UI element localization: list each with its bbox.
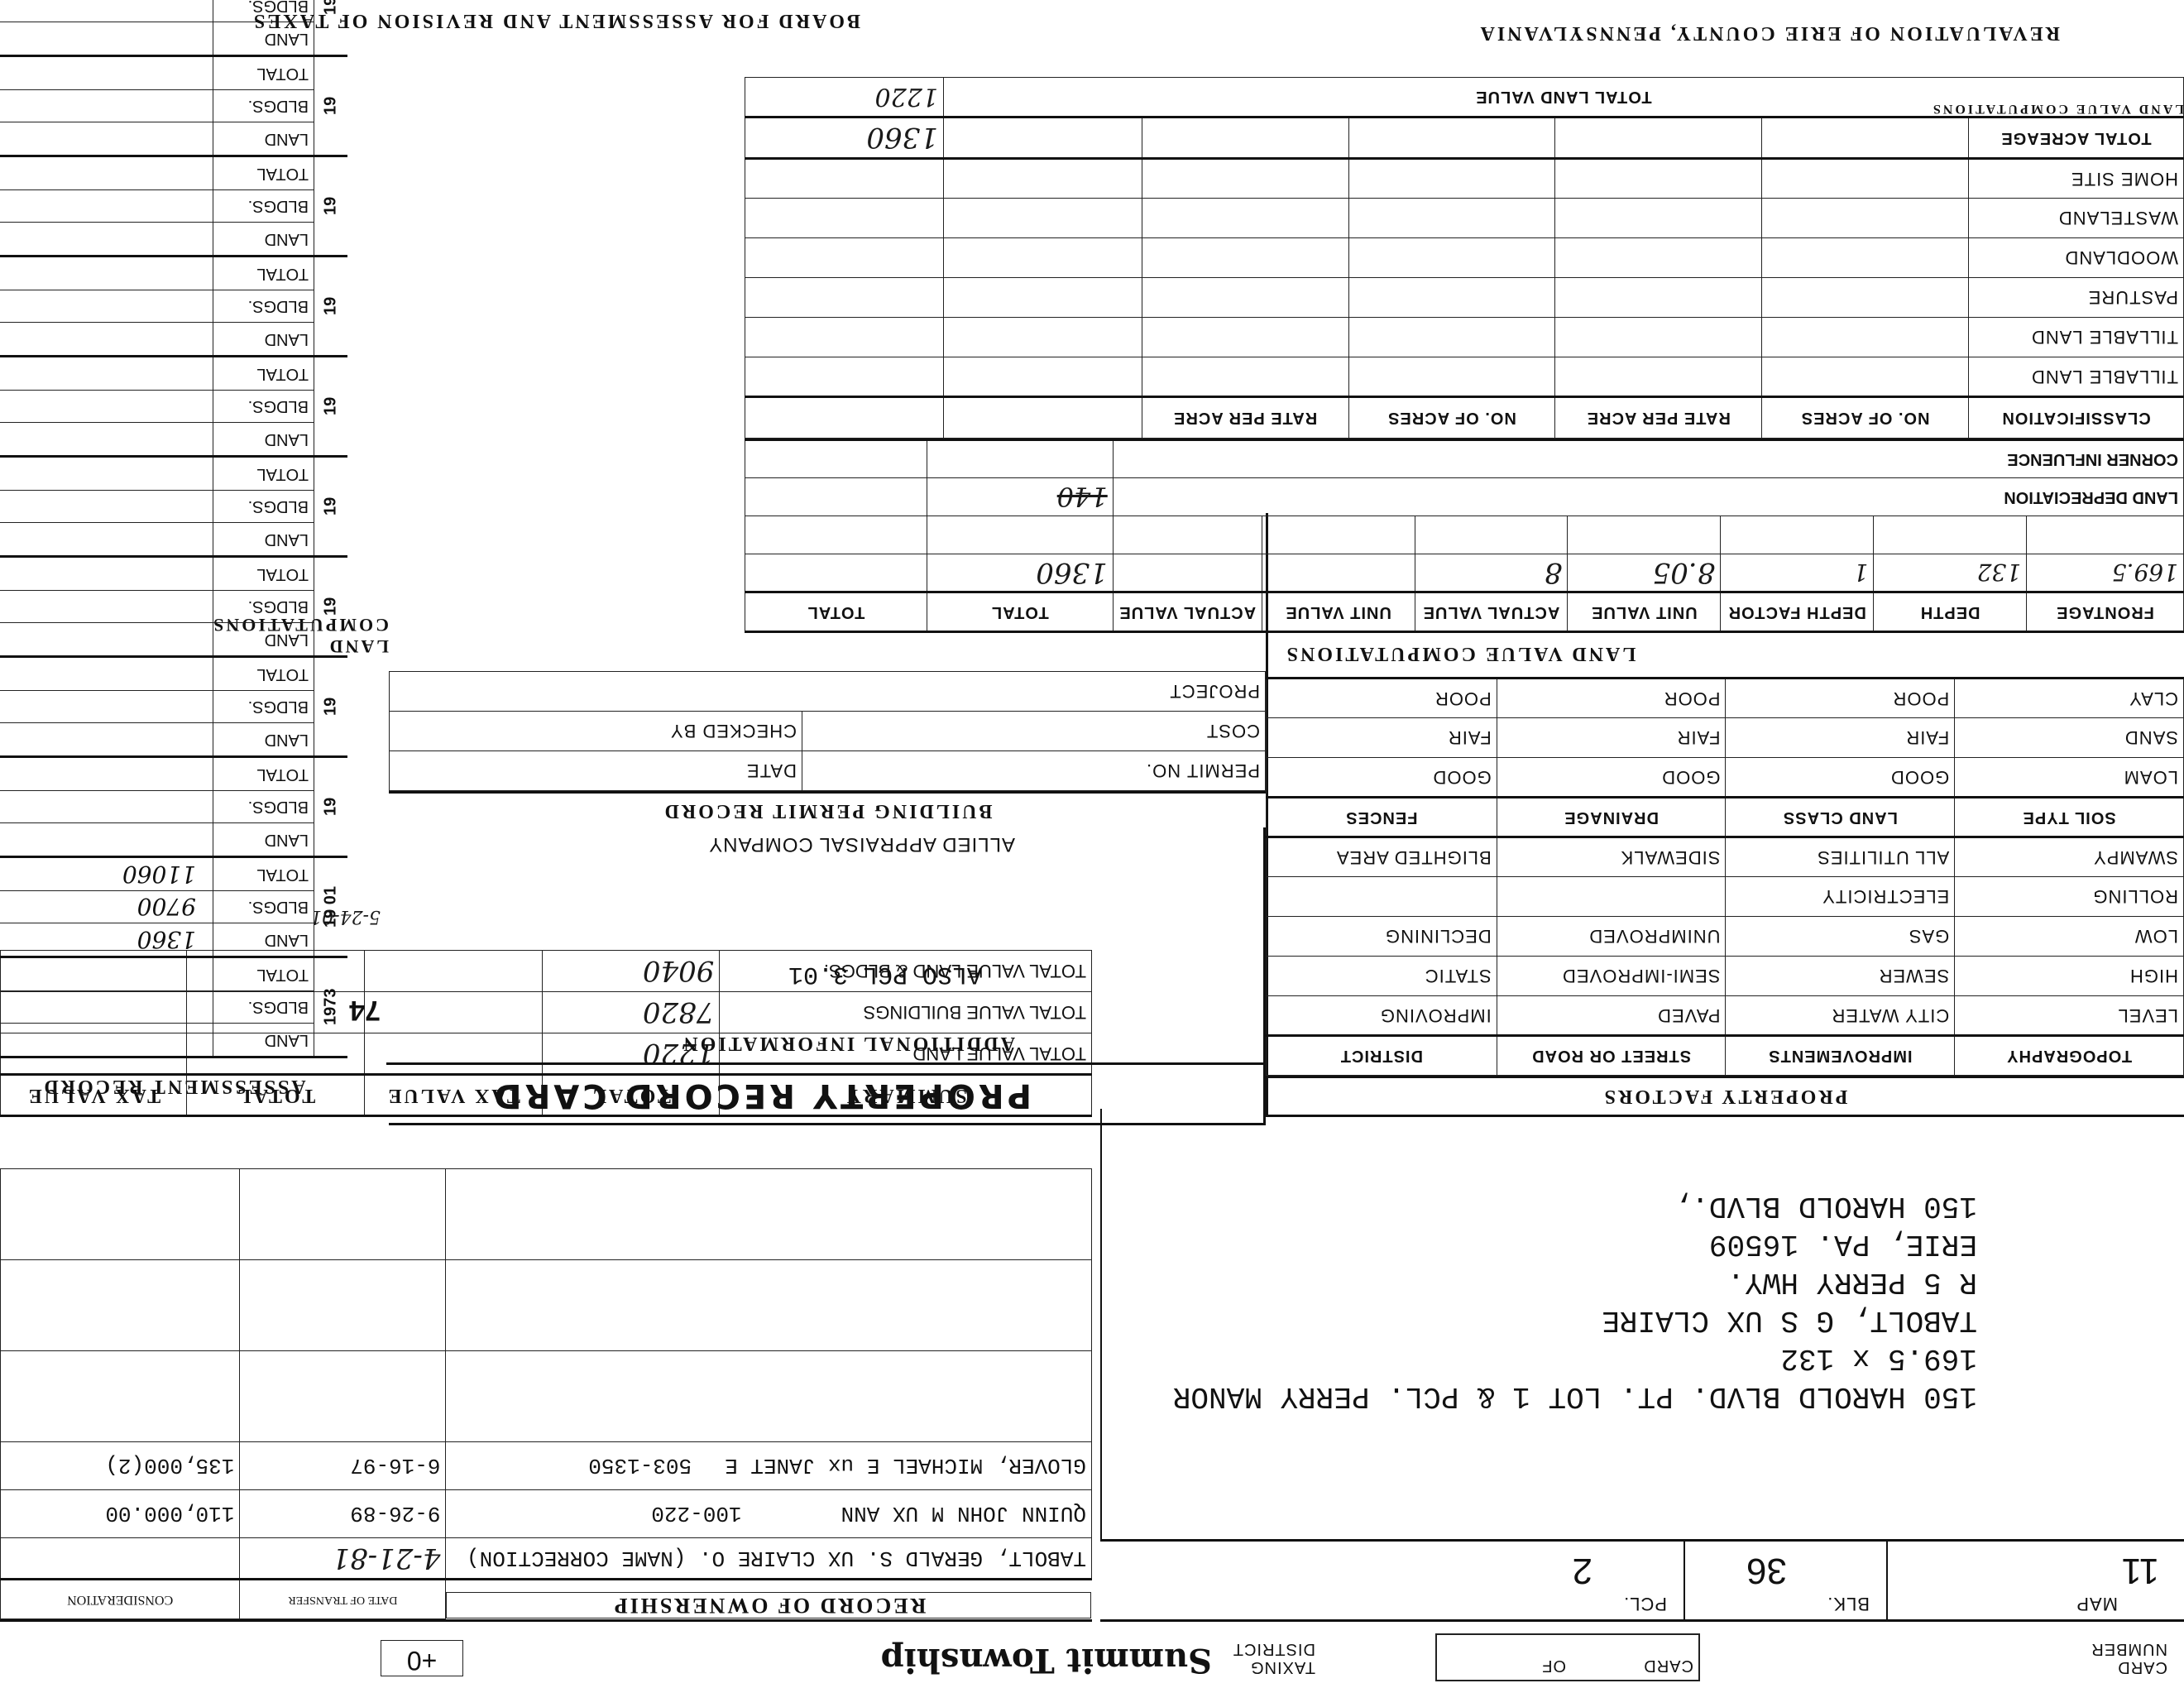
assessment-value[interactable] — [0, 423, 213, 455]
col-blank-2 — [745, 397, 944, 439]
assessment-value[interactable] — [0, 157, 213, 189]
blk-cell[interactable]: BLK. 36 — [1683, 1542, 1886, 1619]
depth-value[interactable] — [1874, 516, 2027, 554]
cell[interactable] — [745, 357, 944, 397]
assessment-year: 19 — [314, 57, 347, 155]
factor-option[interactable]: POOR — [1497, 679, 1726, 718]
total-value[interactable]: 1360 — [927, 554, 1113, 592]
assessment-row-land: LAND — [0, 1023, 314, 1056]
assessment-block: 19LANDBLDGS.TOTAL — [0, 655, 347, 755]
id-strip: CARD NUMBER CARD OF TAXING DISTRICT Summ… — [0, 1622, 2184, 1688]
card-of-box[interactable]: CARD OF — [1435, 1633, 1700, 1681]
cell[interactable] — [1762, 278, 1969, 318]
cell[interactable] — [1142, 199, 1348, 238]
of-label: OF — [1541, 1656, 1566, 1675]
frontage-value[interactable] — [2027, 516, 2184, 554]
appraisal-company: ALLIED APPRAISAL COMPANY — [708, 832, 1015, 856]
corner-influence-label: CORNER INFLUENCE — [1113, 440, 2183, 478]
cell[interactable] — [943, 278, 1142, 318]
property-record-card-title: PROPERTY RECORD CARD — [491, 1077, 1032, 1115]
assessment-value[interactable] — [0, 22, 213, 55]
factor-option[interactable]: GAS — [1726, 917, 1955, 957]
assessment-row-land: LAND — [0, 722, 314, 755]
assessment-value[interactable] — [0, 323, 213, 355]
actual-value[interactable] — [1415, 516, 1568, 554]
cell[interactable] — [745, 199, 944, 238]
additional-info-text: ALSO PCL 3.01 — [788, 960, 982, 988]
col-unit-value-2: UNIT VALUE — [1262, 592, 1415, 632]
assessment-value[interactable] — [0, 223, 213, 255]
col-total: TOTAL — [927, 592, 1113, 632]
land-depreciation-row: LAND DEPRECIATION 140 — [745, 478, 2184, 516]
factor-option[interactable]: FAIR — [1267, 718, 1497, 758]
col-no-acres-2: NO. OF ACRES — [1348, 397, 1555, 439]
col-rate-per-acre: RATE PER ACRE — [1555, 397, 1762, 439]
cell[interactable] — [1555, 238, 1762, 278]
assessment-value[interactable] — [0, 90, 213, 122]
property-factors-title: PROPERTY FACTORS — [1266, 1076, 2184, 1117]
land-value-row: 169.5 132 1 8.05 8 1360 — [745, 554, 2184, 592]
assessment-row-label: TOTAL — [213, 958, 314, 990]
land-depreciation-value[interactable]: 140 — [927, 478, 1113, 516]
assessment-year: 1973 — [314, 958, 347, 1056]
assessment-row-label: TOTAL — [213, 858, 314, 890]
assessment-value[interactable] — [0, 0, 213, 22]
assessment-rows: LANDBLDGS.TOTAL — [0, 758, 314, 856]
cell[interactable] — [1348, 318, 1555, 357]
consideration — [1, 1169, 240, 1260]
classification-label: HOME SITE — [1969, 159, 2184, 199]
assessment-value[interactable] — [0, 257, 213, 290]
classification-label: TILLABLE LAND — [1969, 318, 2184, 357]
depth-factor-value[interactable] — [1721, 516, 1874, 554]
assessment-blocks: 1973LANDBLDGS.TOTAL19 01LAND1360BLDGS.97… — [0, 0, 347, 1056]
taxing-district-value: Summit Township — [881, 1641, 1212, 1680]
factor-option[interactable]: UNIMPROVED — [1497, 917, 1726, 957]
assessment-row-bldgs: BLDGS. — [0, 89, 314, 122]
cell[interactable] — [1348, 357, 1555, 397]
factor-option[interactable]: PAVED — [1497, 996, 1726, 1036]
owner-name — [446, 1351, 1092, 1442]
owner-cell: QUINN JOHN M UX ANN100-220 — [446, 1490, 1092, 1538]
factor-option[interactable]: SEMI-IMPROVED — [1497, 957, 1726, 996]
transfer-date — [240, 1351, 446, 1442]
factor-option[interactable]: ROLLING — [1955, 877, 2184, 917]
assessment-row-label: BLDGS. — [213, 190, 314, 223]
assessment-row-land: LAND1360 — [0, 923, 314, 956]
assessment-value[interactable] — [0, 791, 213, 823]
assessment-row-land: LAND — [0, 122, 314, 155]
assessment-rows: LANDBLDGS.TOTAL — [0, 658, 314, 755]
cell[interactable] — [943, 159, 1142, 199]
assessment-value[interactable] — [0, 823, 213, 856]
land-value-row — [745, 516, 2184, 554]
assessment-value[interactable] — [0, 623, 213, 655]
assessment-row-label: TOTAL — [213, 57, 314, 89]
classification-label: PASTURE — [1969, 278, 2184, 318]
factor-option[interactable]: BLIGHTED AREA — [1267, 837, 1497, 877]
desc-line: TABOLT, G S UX CLAIRE — [1173, 1301, 1977, 1339]
factor-option[interactable]: ALL UTILITIES — [1726, 837, 1955, 877]
cost-label: COST — [802, 712, 1266, 751]
assessment-row-label: BLDGS. — [213, 290, 314, 323]
cell[interactable] — [1762, 318, 1969, 357]
assessment-rows: LAND1360BLDGS.9700TOTAL11060 — [0, 858, 314, 956]
owner-cell: GLOVER, MICHAEL E ux JANET E503-1350 — [446, 1442, 1092, 1490]
assessment-rows: LANDBLDGS.TOTAL — [0, 958, 314, 1056]
assessment-rows: LANDBLDGS.TOTAL — [0, 57, 314, 155]
assessment-row-label: LAND — [213, 523, 314, 555]
assessment-row-label: BLDGS. — [213, 791, 314, 823]
assessment-value[interactable]: 11060 — [0, 858, 213, 890]
factor-option[interactable]: STATIC — [1267, 957, 1497, 996]
assessment-year: 19 — [314, 658, 347, 755]
assessment-value[interactable] — [0, 558, 213, 590]
cell[interactable] — [1142, 238, 1348, 278]
factor-option[interactable] — [1497, 877, 1726, 917]
factor-row: LOW GAS UNIMPROVED DECLINING — [1267, 917, 2184, 957]
cell[interactable] — [1555, 278, 1762, 318]
assessment-row-label: LAND — [213, 823, 314, 856]
factor-row: LEVEL CITY WATER PAVED IMPROVING — [1267, 996, 2184, 1036]
factor-option[interactable]: LEVEL — [1955, 996, 2184, 1036]
cell[interactable] — [1555, 199, 1762, 238]
ownership-row — [1, 1260, 1092, 1351]
factor-option[interactable]: FAIR — [1497, 718, 1726, 758]
cell[interactable] — [745, 318, 944, 357]
col-topography: TOPOGRAPHY — [1955, 1036, 2184, 1076]
factor-option[interactable]: POOR — [1726, 679, 1955, 718]
total-land-value[interactable]: 1220 — [745, 78, 944, 117]
classification-row: WOODLAND — [745, 238, 2184, 278]
factor-option[interactable]: ELECTRICITY — [1726, 877, 1955, 917]
cell[interactable] — [1142, 159, 1348, 199]
col-improvements: IMPROVEMENTS — [1726, 1036, 1955, 1076]
factor-option[interactable]: CLAY — [1955, 679, 2184, 718]
assessment-row-land: LAND — [0, 222, 314, 255]
assessment-row-label: BLDGS. — [213, 491, 314, 523]
unit-value-2[interactable] — [1262, 516, 1415, 554]
desc-line: 150 HAROLD BLVD. PT. LOT 1 & PCL. PERRY … — [1173, 1377, 1977, 1415]
additional-info-section: PROPERTY RECORD CARD ADDITIONAL INFORMAT… — [389, 827, 1266, 1125]
cell[interactable] — [943, 238, 1142, 278]
cell[interactable] — [943, 117, 1142, 159]
factor-option[interactable] — [1267, 877, 1497, 917]
assessment-row-land: LAND — [0, 622, 314, 655]
assessment-row-total: TOTAL — [0, 958, 314, 990]
cell[interactable] — [1348, 238, 1555, 278]
land-depreciation-label: LAND DEPRECIATION — [1113, 478, 2183, 516]
assessment-value[interactable] — [0, 591, 213, 623]
building-permit-title: BUILDING PERMIT RECORD — [389, 791, 1266, 827]
depth-value[interactable]: 132 — [1874, 554, 2027, 592]
cell[interactable] — [745, 238, 944, 278]
assessment-year: 19 — [314, 257, 347, 355]
col-actual-value-2: ACTUAL VALUE — [1113, 592, 1262, 632]
assessment-row-label: BLDGS. — [213, 591, 314, 623]
transfer-date — [240, 1169, 446, 1260]
owner-name: TABOLT, GERALD S. UX CLAIRE O. (NAME COR… — [446, 1538, 1092, 1580]
assessment-row-label: BLDGS. — [213, 691, 314, 723]
assessment-value[interactable] — [0, 523, 213, 555]
factor-row: CLAY POOR POOR POOR — [1267, 679, 2184, 718]
ownership-section: RECORD OF OWNERSHIP DATE OF TRANSFER CON… — [0, 1109, 1092, 1622]
factor-row: SAND FAIR FAIR FAIR — [1267, 718, 2184, 758]
cell[interactable] — [1762, 199, 1969, 238]
assessment-row-bldgs: BLDGS. — [0, 390, 314, 423]
assessment-block: 19LANDBLDGS.TOTAL — [0, 455, 347, 555]
deed-ref: 100-220 — [651, 1502, 741, 1527]
unit-value[interactable] — [1568, 516, 1721, 554]
factor-option[interactable]: CITY WATER — [1726, 996, 1955, 1036]
assessment-value[interactable] — [0, 1024, 213, 1056]
col-date-transfer: DATE OF TRANSFER — [240, 1580, 446, 1619]
col-consideration: CONSIDERATION — [1, 1580, 240, 1619]
assessment-row-label: LAND — [213, 323, 314, 355]
assessment-value[interactable] — [0, 491, 213, 523]
consideration: 135,000(2) — [1, 1442, 240, 1490]
col-land-class: LAND CLASS — [1726, 798, 1955, 837]
card-number-label: CARD NUMBER — [2060, 1640, 2167, 1676]
assessment-value[interactable] — [0, 691, 213, 723]
factor-option[interactable]: SWAMPY — [1955, 837, 2184, 877]
pcl-value: 2 — [1573, 1550, 1592, 1591]
assessment-row-label: BLDGS. — [213, 90, 314, 122]
factor-option[interactable]: SAND — [1955, 718, 2184, 758]
assessment-row-label: LAND — [213, 923, 314, 956]
assessment-block: 1973LANDBLDGS.TOTAL — [0, 956, 347, 1056]
consideration: 110,000.00 — [1, 1490, 240, 1538]
map-cell[interactable]: MAP 11 — [1886, 1542, 2184, 1619]
assessment-block: 19LANDBLDGS.TOTAL — [0, 755, 347, 856]
assessment-value[interactable]: 1360 — [0, 923, 213, 956]
additional-info-box: ADDITIONAL INFORMATION ALSO PCL 3.01 ALL… — [386, 825, 1263, 1065]
date-label: DATE — [390, 751, 802, 791]
assessment-row-label: LAND — [213, 723, 314, 755]
assessment-row-bldgs: BLDGS. — [0, 590, 314, 623]
ownership-row: QUINN JOHN M UX ANN100-220 9-26-89 110,0… — [1, 1490, 1092, 1538]
consideration — [1, 1351, 240, 1442]
deed-ref: 503-1350 — [588, 1454, 692, 1479]
frontage-value[interactable]: 169.5 — [2027, 554, 2184, 592]
owner-name: GLOVER, MICHAEL E ux JANET E — [725, 1454, 1086, 1479]
classification-row: TILLABLE LAND — [745, 318, 2184, 357]
assessment-row-label: TOTAL — [213, 558, 314, 590]
blk-value: 36 — [1746, 1550, 1787, 1591]
assessment-year: 19 01 — [314, 858, 347, 956]
cell[interactable] — [1348, 278, 1555, 318]
parcel-row: MAP 11 BLK. 36 PCL. 2 — [1100, 1539, 2184, 1622]
assessment-block: 19LANDBLDGS.TOTAL — [0, 555, 347, 655]
assessment-row-label: LAND — [213, 423, 314, 455]
classification-row: WASTELAND — [745, 199, 2184, 238]
assessment-value[interactable] — [0, 723, 213, 755]
map-label: MAP — [2076, 1593, 2118, 1614]
owner-name — [446, 1169, 1092, 1260]
cell[interactable] — [943, 357, 1142, 397]
assessment-row-label: TOTAL — [213, 458, 314, 490]
actual-value-2[interactable] — [1113, 516, 1262, 554]
assessment-value[interactable] — [0, 357, 213, 390]
pcl-cell[interactable]: PCL. 2 — [1100, 1542, 1683, 1619]
cell[interactable] — [1348, 117, 1555, 159]
cell[interactable] — [745, 278, 944, 318]
assessment-row-bldgs: BLDGS. — [0, 490, 314, 523]
classification-table: CLASSIFICATION NO. OF ACRES RATE PER ACR… — [745, 77, 2184, 439]
assessment-value[interactable] — [0, 958, 213, 990]
assessment-record-section: ASSESSMENT RECORD 74 5-24-01 1973LANDBLD… — [0, 41, 347, 1117]
cell[interactable] — [1762, 159, 1969, 199]
col-rate-per-acre-2: RATE PER ACRE — [1142, 397, 1348, 439]
col-street-road: STREET OR ROAD — [1497, 1036, 1726, 1076]
map-value: 11 — [2121, 1550, 2159, 1591]
assessment-row-land: LAND — [0, 522, 314, 555]
actual-value[interactable]: 8 — [1415, 554, 1568, 592]
cell[interactable] — [1762, 117, 1969, 159]
cell[interactable] — [1555, 357, 1762, 397]
assessment-year: 19 — [314, 458, 347, 555]
assessment-row-label: LAND — [213, 1024, 314, 1056]
assessment-row-land: LAND — [0, 822, 314, 856]
header-right-title: BOARD FOR ASSESSMENT AND REVISION OF TAX… — [251, 9, 860, 31]
cell[interactable] — [1348, 159, 1555, 199]
assessment-row-land: LAND — [0, 422, 314, 455]
transfer-date: 4-21-81 — [240, 1538, 446, 1580]
assessment-block: 19LANDBLDGS.TOTAL — [0, 155, 347, 255]
actual-value-2[interactable] — [1113, 554, 1262, 592]
factor-option[interactable]: LOW — [1955, 917, 2184, 957]
factor-row: LOAM GOOD GOOD GOOD — [1267, 758, 2184, 798]
assessment-value[interactable] — [0, 190, 213, 223]
assessment-row-bldgs: BLDGS. — [0, 990, 314, 1024]
total-value-2[interactable] — [745, 516, 927, 554]
factor-option[interactable]: GOOD — [1726, 758, 1955, 798]
assessment-value[interactable] — [0, 458, 213, 490]
cell[interactable] — [1555, 318, 1762, 357]
total-value-2[interactable] — [745, 554, 927, 592]
cell[interactable] — [943, 318, 1142, 357]
depth-factor-value[interactable]: 1 — [1721, 554, 1874, 592]
col-district: DISTRICT — [1267, 1036, 1497, 1076]
col-classification: CLASSIFICATION — [1969, 397, 2184, 439]
unit-value-2[interactable] — [1262, 554, 1415, 592]
stamp-box: +0 — [381, 1640, 463, 1676]
factor-option[interactable]: GOOD — [1497, 758, 1726, 798]
building-permit-table: PERMIT NO.DATE COSTCHECKED BY PROJECT — [389, 671, 1266, 791]
col-unit-value: UNIT VALUE — [1568, 592, 1721, 632]
cell[interactable] — [1762, 238, 1969, 278]
assessment-row-label: BLDGS. — [213, 991, 314, 1024]
cell[interactable] — [1555, 117, 1762, 159]
assessment-row-bldgs: BLDGS.9700 — [0, 890, 314, 923]
assessment-block: 19LANDBLDGS.TOTAL — [0, 255, 347, 355]
total-value[interactable] — [927, 516, 1113, 554]
ownership-row: GLOVER, MICHAEL E ux JANET E503-1350 6-1… — [1, 1442, 1092, 1490]
assessment-row-label: TOTAL — [213, 357, 314, 390]
classification-label: WOODLAND — [1969, 238, 2184, 278]
cell[interactable] — [943, 199, 1142, 238]
factor-option[interactable]: LOAM — [1955, 758, 2184, 798]
factor-option[interactable]: FAIR — [1726, 718, 1955, 758]
factor-row: ROLLING ELECTRICITY — [1267, 877, 2184, 917]
factor-option[interactable]: SEWER — [1726, 957, 1955, 996]
col-depth: DEPTH — [1874, 592, 2027, 632]
assessment-rows: LANDBLDGS.TOTAL — [0, 157, 314, 255]
assessment-value[interactable] — [0, 658, 213, 690]
assessment-value[interactable] — [0, 991, 213, 1024]
factor-option[interactable]: GOOD — [1267, 758, 1497, 798]
assessment-row-bldgs: BLDGS. — [0, 290, 314, 323]
assessment-year: 19 — [314, 157, 347, 255]
assessment-row-label: BLDGS. — [213, 391, 314, 423]
checked-by-label: CHECKED BY — [390, 712, 802, 751]
pcl-label: PCL. — [1623, 1593, 1667, 1614]
assessment-row-label: TOTAL — [213, 257, 314, 290]
assessment-row-total: TOTAL — [0, 558, 314, 590]
factor-row: HIGH SEWER SEMI-IMPROVED STATIC — [1267, 957, 2184, 996]
col-actual-value: ACTUAL VALUE — [1415, 592, 1568, 632]
owner-name — [446, 1260, 1092, 1351]
col-frontage: FRONTAGE — [2027, 592, 2184, 632]
desc-line: R 5 PERRY HWY. — [1173, 1263, 1977, 1301]
assessment-value[interactable] — [0, 122, 213, 155]
assessment-row-total: TOTAL — [0, 57, 314, 89]
property-description: 150 HAROLD BLVD. PT. LOT 1 & PCL. PERRY … — [1100, 1109, 2184, 1539]
assessment-row-label: LAND — [213, 122, 314, 155]
factor-option[interactable]: SIDEWALK — [1497, 837, 1726, 877]
assessment-value[interactable] — [0, 391, 213, 423]
property-factors-table: TOPOGRAPHY IMPROVEMENTS STREET OR ROAD D… — [1266, 677, 2184, 1076]
cell[interactable] — [1142, 318, 1348, 357]
cell[interactable] — [1348, 199, 1555, 238]
cell[interactable] — [1762, 357, 1969, 397]
cell[interactable] — [1555, 159, 1762, 199]
total-acreage-value[interactable]: 1360 — [745, 117, 944, 159]
unit-value[interactable]: 8.05 — [1568, 554, 1721, 592]
desc-line: ERIE, PA. 16509 — [1173, 1225, 1977, 1263]
assessment-row-label: TOTAL — [213, 157, 314, 189]
assessment-rows: LANDBLDGS.TOTAL — [0, 257, 314, 355]
cell[interactable] — [745, 159, 944, 199]
taxing-district-label: TAXING DISTRICT — [1216, 1640, 1315, 1676]
assessment-block: 19 01LAND1360BLDGS.9700TOTAL11060 — [0, 856, 347, 956]
assessment-year: 19 — [314, 758, 347, 856]
factor-option[interactable]: DECLINING — [1267, 917, 1497, 957]
factor-option[interactable]: POOR — [1267, 679, 1497, 718]
assessment-value[interactable] — [0, 57, 213, 89]
cell[interactable] — [1142, 278, 1348, 318]
total-land-value-label: TOTAL LAND VALUE — [943, 78, 2183, 117]
assessment-value[interactable] — [0, 290, 213, 323]
additional-info-title: ADDITIONAL INFORMATION — [681, 1032, 1015, 1054]
factor-option[interactable]: HIGH — [1955, 957, 2184, 996]
assessment-year: 19 — [314, 357, 347, 455]
assessment-rows: LANDBLDGS.TOTAL — [0, 558, 314, 655]
cell[interactable] — [1142, 117, 1348, 159]
assessment-row-label: TOTAL — [213, 758, 314, 790]
classification-row: HOME SITE — [745, 159, 2184, 199]
cell[interactable] — [1142, 357, 1348, 397]
assessment-value[interactable] — [0, 758, 213, 790]
land-value-section: FRONTAGE DEPTH DEPTH FACTOR UNIT VALUE A… — [745, 31, 2184, 633]
factor-row: SWAMPY ALL UTILITIES SIDEWALK BLIGHTED A… — [1267, 837, 2184, 877]
owner-name: QUINN JOHN M UX ANN — [841, 1502, 1086, 1527]
factor-option[interactable]: IMPROVING — [1267, 996, 1497, 1036]
assessment-row-bldgs: BLDGS. — [0, 790, 314, 823]
ownership-row — [1, 1169, 1092, 1260]
corner-influence-value[interactable] — [927, 440, 1113, 478]
assessment-value[interactable]: 9700 — [0, 891, 213, 923]
